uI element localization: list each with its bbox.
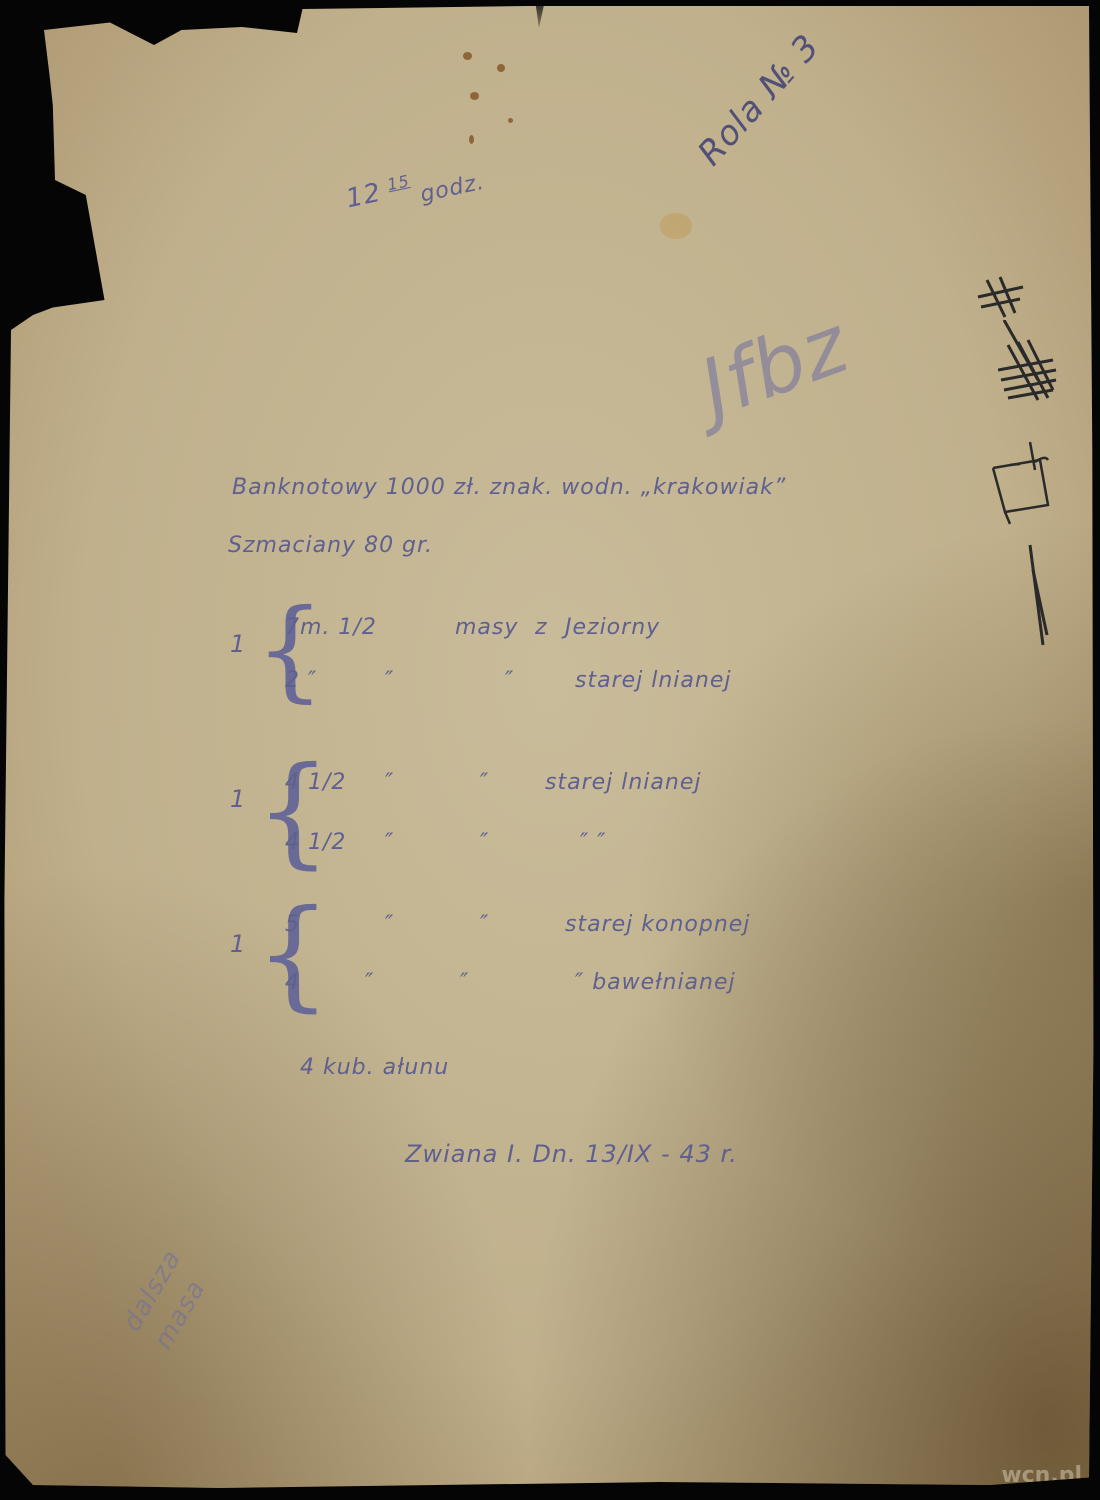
time-unit: godz. <box>418 170 487 208</box>
margin-note: dalsza masa <box>80 1223 187 1336</box>
group-count: 1 <box>230 785 246 813</box>
col-2: ″ <box>480 912 565 937</box>
faint-signature: Jfbz <box>689 297 860 435</box>
col-1: ″ <box>385 830 480 855</box>
col-3: ″ ″ <box>580 830 606 855</box>
qty: 2 ″ <box>285 668 385 693</box>
col-2: ″ <box>480 830 580 855</box>
signature-line: Zwiana I. Dn. 13/IX - 43 r. <box>405 1140 738 1168</box>
watermark: wcn.pl <box>1001 1463 1082 1488</box>
group-count: 1 <box>230 630 246 658</box>
rust-stain <box>508 118 513 123</box>
time-hour: 12 <box>343 178 384 215</box>
line-mark-icon <box>1025 540 1055 650</box>
tear-notch <box>535 0 545 28</box>
col-1: ″ <box>365 970 460 995</box>
qty: 4 <box>285 970 365 995</box>
col-2: ″ <box>480 770 545 795</box>
col-1: ″ <box>385 912 480 937</box>
qty: 5 <box>285 912 385 937</box>
col-2: ″ <box>505 668 575 693</box>
title-line-2: Szmaciany 80 gr. <box>228 533 433 558</box>
qty: 4 1/2 <box>285 770 385 795</box>
box-mark-icon <box>990 440 1055 525</box>
list-item: 5 ″ ″ starej konopnej <box>285 912 750 937</box>
list-item: 7m. 1/2 masy z Jeziorny <box>285 615 660 640</box>
brace: { <box>255 742 331 881</box>
qty: 7m. 1/2 <box>285 615 455 640</box>
col-3: Jeziorny <box>565 615 660 640</box>
col-2: z <box>535 615 565 640</box>
hash-mark-icon <box>975 275 1025 320</box>
col-3: ″ bawełnianej <box>575 970 736 995</box>
qty: 4 1/2 <box>285 830 385 855</box>
rust-stain <box>463 52 472 60</box>
role-label: Rola № 3 <box>690 27 828 174</box>
title-line-1: Banknotowy 1000 zł. znak. wodn. „krakowi… <box>232 475 786 500</box>
col-3: starej konopnej <box>565 912 750 937</box>
list-item: 4 ″ ″ ″ bawełnianej <box>285 970 736 995</box>
brace: { <box>255 885 331 1024</box>
col-1: masy <box>455 615 535 640</box>
group-count: 1 <box>230 930 246 958</box>
col-1: ″ <box>385 770 480 795</box>
grid-mark-icon <box>998 320 1058 405</box>
rust-stain <box>497 64 505 72</box>
rust-stain <box>469 135 474 144</box>
document-paper: 12 15 godz. Rola № 3 Jfbz Banknotowy 100… <box>0 0 1100 1500</box>
list-item: 2 ″ ″ ″ starej lnianej <box>285 668 732 693</box>
list-item: 4 1/2 ″ ″ ″ ″ <box>285 830 606 855</box>
col-2: ″ <box>460 970 575 995</box>
time-minutes: 15 <box>386 171 412 194</box>
col-1: ″ <box>385 668 505 693</box>
col-3: starej lnianej <box>545 770 702 795</box>
rust-stain <box>470 92 479 100</box>
brace: { <box>255 585 325 713</box>
col-3: starej lnianej <box>575 668 732 693</box>
water-stain <box>660 213 692 239</box>
time-note: 12 15 godz. <box>343 156 485 214</box>
list-item: 4 1/2 ″ ″ starej lnianej <box>285 770 702 795</box>
extra-line: 4 kub. ałunu <box>300 1055 449 1080</box>
